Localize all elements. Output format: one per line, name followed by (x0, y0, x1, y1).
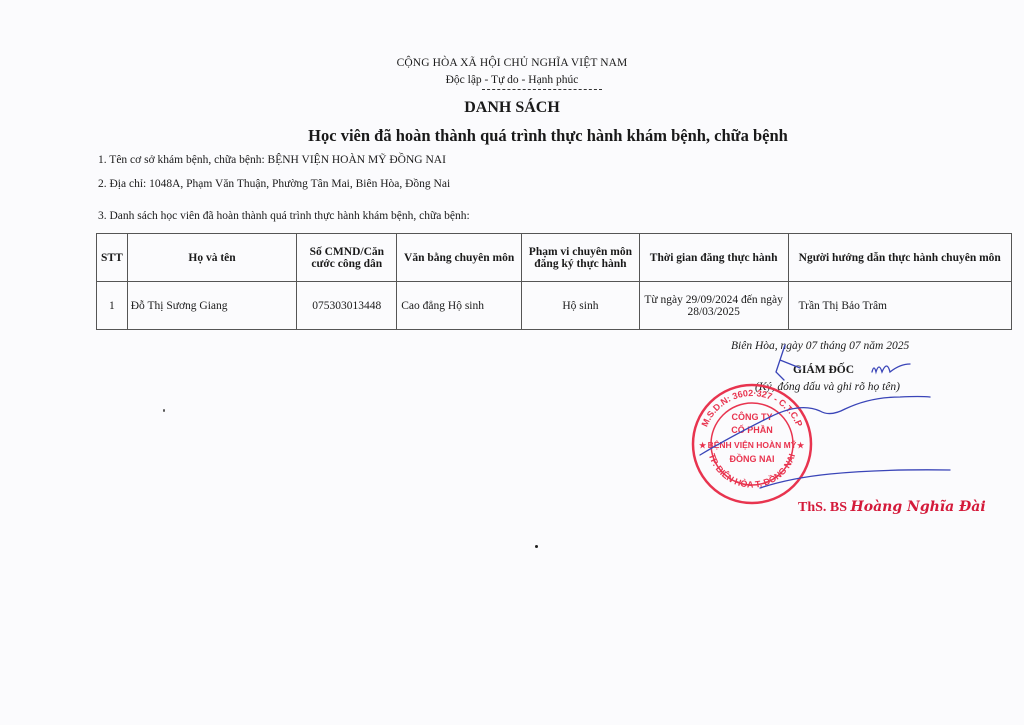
signer-fullname: Hoàng Nghĩa Đài (851, 499, 986, 515)
col-scope: Phạm vi chuyên môn đăng ký thực hành (522, 234, 640, 282)
national-motto: Độc lập - Tự do - Hạnh phúc (0, 74, 1024, 86)
stamp-line1: CÔNG TY (731, 411, 772, 422)
cell-mentor: Trần Thị Bảo Trâm (788, 282, 1012, 330)
stamp-star-left-icon: ★ (699, 441, 707, 450)
stamp-line2: CỔ PHẦN (731, 424, 773, 435)
col-full-name: Họ và tên (127, 234, 297, 282)
stamp-line4: ĐỒNG NAI (730, 453, 775, 464)
stamp-line3: BỆNH VIỆN HOÀN MỸ (708, 439, 797, 450)
scan-speck (535, 545, 538, 548)
cell-scope: Hộ sinh (522, 282, 640, 330)
cell-full-name: Đỗ Thị Sương Giang (127, 282, 297, 330)
signer-name: ThS. BS Hoàng Nghĩa Đài (798, 499, 986, 516)
signer-prefix: ThS. BS (798, 500, 847, 515)
signer-title: GIÁM ĐỐC (793, 364, 854, 376)
cell-stt: 1 (97, 282, 128, 330)
company-stamp: M.S.D.N: 3602·327 - C.T.C.P TP. BIÊN HÒA… (690, 382, 814, 506)
table-row: 1 Đỗ Thị Sương Giang 075303013448 Cao đẳ… (97, 282, 1012, 330)
student-table: STT Họ và tên Số CMND/Căn cước công dân … (96, 233, 1012, 330)
document-title: DANH SÁCH (0, 99, 1024, 117)
col-id-number: Số CMND/Căn cước công dân (297, 234, 397, 282)
facility-name: 1. Tên cơ sở khám bệnh, chữa bệnh: BỆNH … (98, 154, 446, 166)
scan-speck (163, 409, 165, 412)
place-date: Biên Hòa, ngày 07 tháng 07 năm 2025 (731, 340, 909, 352)
cell-id-number: 075303013448 (297, 282, 397, 330)
document-subtitle: Học viên đã hoàn thành quá trình thực hà… (36, 126, 1024, 146)
col-stt: STT (97, 234, 128, 282)
cell-degree: Cao đẳng Hộ sinh (397, 282, 522, 330)
stamp-star-right-icon: ★ (797, 441, 805, 450)
svg-text:M.S.D.N: 3602·327 - C.T.C.P: M.S.D.N: 3602·327 - C.T.C.P (700, 388, 805, 428)
cell-period: Từ ngày 29/09/2024 đến ngày 28/03/2025 (639, 282, 788, 330)
col-mentor: Người hướng dẫn thực hành chuyên môn (788, 234, 1012, 282)
national-heading: CỘNG HÒA XÃ HỘI CHỦ NGHĨA VIỆT NAM (0, 57, 1024, 69)
facility-address: 2. Địa chỉ: 1048A, Phạm Văn Thuận, Phườn… (98, 178, 450, 190)
motto-divider (482, 89, 602, 90)
col-period: Thời gian đăng thực hành (639, 234, 788, 282)
table-header-row: STT Họ và tên Số CMND/Căn cước công dân … (97, 234, 1012, 282)
list-intro: 3. Danh sách học viên đã hoàn thành quá … (98, 210, 470, 222)
col-degree: Văn bằng chuyên môn (397, 234, 522, 282)
stamp-ring-text: M.S.D.N: 3602·327 - C.T.C.P (700, 388, 805, 428)
